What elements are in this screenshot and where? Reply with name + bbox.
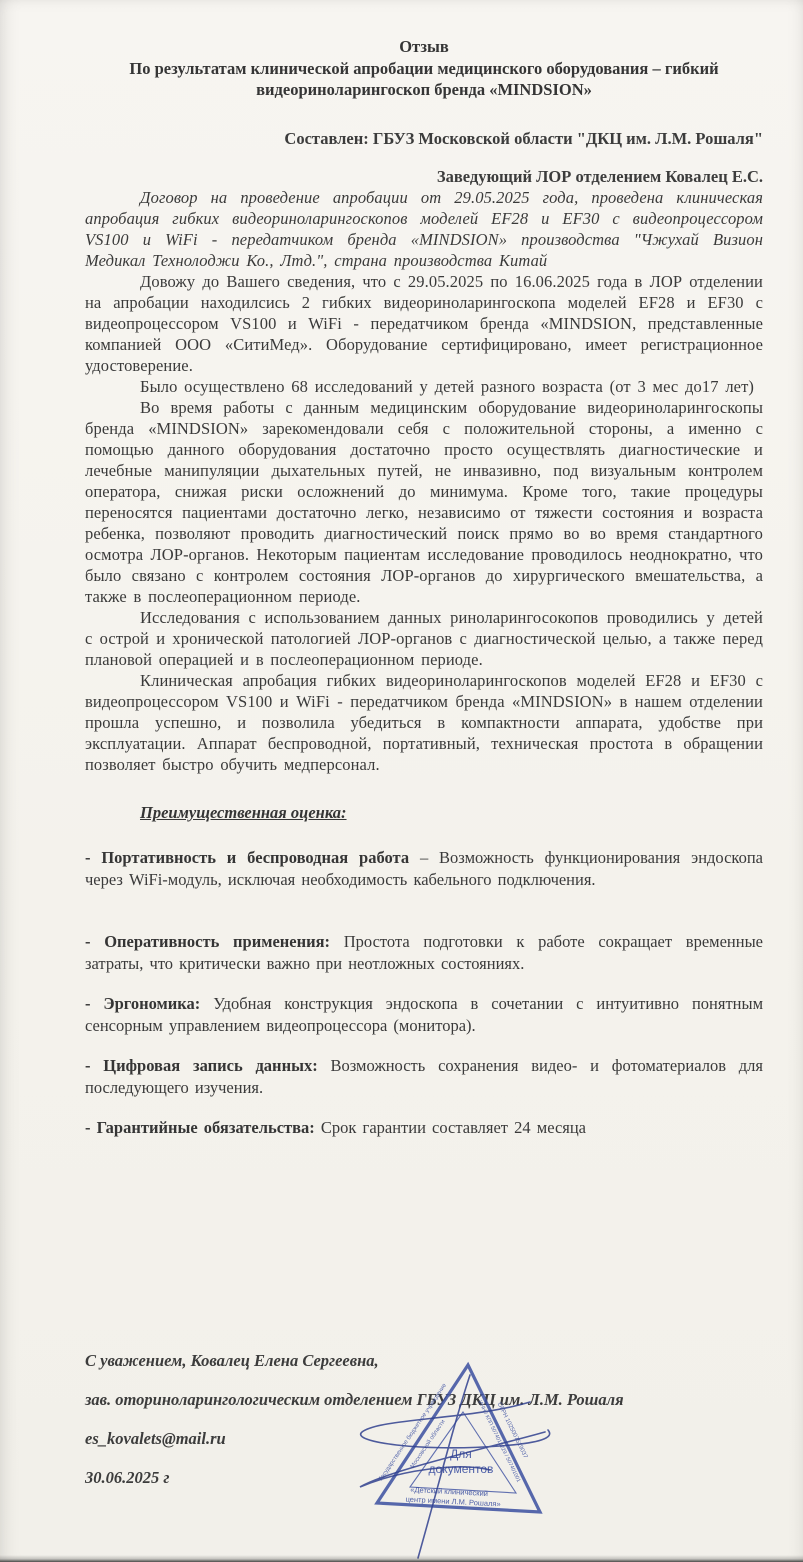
paragraph-contract: Договор на проведение апробации от 29.05… bbox=[85, 187, 763, 271]
bullet-digital-recording: - Цифровая запись данных: Возможность со… bbox=[85, 1055, 763, 1099]
scanned-document-page: Отзыв По результатам клинической апробац… bbox=[0, 0, 803, 1562]
signature-date: 30.06.2025 г bbox=[85, 1467, 705, 1488]
paragraph-approbation-result: Клиническая апробация гибких видеоринола… bbox=[85, 670, 763, 775]
composed-by-line: Составлен: ГБУЗ Московской области "ДКЦ … bbox=[85, 128, 763, 149]
scan-bottom-edge bbox=[0, 1555, 803, 1562]
bullet-ergonomics-label: - Эргономика: bbox=[85, 994, 200, 1013]
department-head-line: Заведующий ЛОР отделением Ковалец Е.С. bbox=[85, 166, 763, 187]
bullet-speed: - Оперативность применения: Простота под… bbox=[85, 931, 763, 975]
signature-email: es_kovalets@mail.ru bbox=[85, 1428, 705, 1449]
bullet-portability: - Портативность и беспроводная работа – … bbox=[85, 847, 763, 891]
paragraph-research-scope: Исследования с использованием данных рин… bbox=[85, 607, 763, 670]
bullet-ergonomics: - Эргономика: Удобная конструкция эндоск… bbox=[85, 993, 763, 1037]
document-subtitle: По результатам клинической апробации мед… bbox=[85, 58, 763, 100]
signature-name-line: С уважением, Ковалец Елена Сергеевна, bbox=[85, 1350, 705, 1371]
bullet-speed-label: - Оперативность применения: bbox=[85, 932, 330, 951]
bullet-warranty-text: Срок гарантии составляет 24 месяца bbox=[321, 1118, 586, 1137]
signature-block: С уважением, Ковалец Елена Сергеевна, за… bbox=[85, 1350, 705, 1506]
bullet-warranty-label: - Гарантийные обязательства: bbox=[85, 1118, 315, 1137]
paragraph-study-count: Было осуществлено 68 исследований у дете… bbox=[85, 376, 763, 397]
document-title: Отзыв bbox=[85, 36, 763, 57]
paragraph-equipment-performance: Во время работы с данным медицинским обо… bbox=[85, 397, 763, 607]
paragraph-notification: Довожу до Вашего сведения, что с 29.05.2… bbox=[85, 271, 763, 376]
bullet-portability-label: - Портативность и беспроводная работа bbox=[85, 848, 409, 867]
document-content: Отзыв По результатам клинической апробац… bbox=[0, 0, 803, 1139]
rating-heading: Преимущественная оценка: bbox=[140, 802, 763, 823]
bullet-warranty: - Гарантийные обязательства: Срок гарант… bbox=[85, 1117, 763, 1139]
bullet-digital-recording-label: - Цифровая запись данных: bbox=[85, 1056, 318, 1075]
signature-position-line: зав. оториноларингологическим отделением… bbox=[85, 1389, 705, 1410]
